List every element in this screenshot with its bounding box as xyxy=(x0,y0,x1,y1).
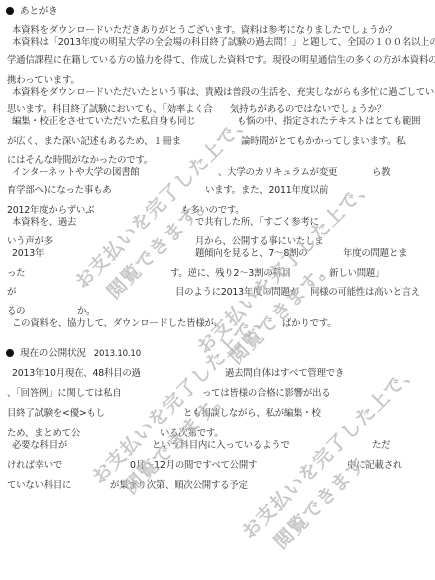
text-line: 本資料は「2013年度の明星大学の全会場の科目終了試験の過去問！」と題して、全国… xyxy=(12,37,435,49)
text-line-fragment: ら教 xyxy=(372,167,390,179)
text-line: 2013年 xyxy=(12,248,44,260)
section-heading-afterword: あとがき xyxy=(6,6,58,18)
text-line: 本資料をダウンロードいただきありがとうございます。資料は参考になりましたでしょう… xyxy=(12,25,397,37)
text-line: が xyxy=(7,287,16,299)
text-line-fragment: 気持ちがあるのではないでしょうか？ xyxy=(230,104,386,116)
text-line: 2013年10月現在、48科目の過 xyxy=(12,368,141,380)
text-line-fragment: で共有した所、「すごく参考に xyxy=(195,217,319,229)
text-line-fragment: 年度の問題とま xyxy=(343,248,407,260)
text-line-fragment: 論時間がとてもかかってしまいます。私 xyxy=(241,136,405,148)
text-line: インターネットや大学の図書館 xyxy=(12,167,140,179)
text-line-fragment: か。 xyxy=(77,306,95,318)
text-line: 編集・校正をさせていただいた私自身も同じ xyxy=(12,116,196,128)
text-line: るの xyxy=(7,306,25,318)
text-line: った xyxy=(7,268,25,280)
text-line-fragment: も悩の中、指定されたテキストはとても範囲 xyxy=(237,116,420,128)
text-line: にはそんな時間がなかったのです。 xyxy=(7,155,153,167)
text-line: 2012年度からずいぶ xyxy=(7,205,94,217)
text-line: 本資料をダウンロードいただいたという事は、貴殿は普段の生活を、充実しながらも多忙… xyxy=(12,87,435,99)
text-line: 本資料を、過去 xyxy=(12,217,76,229)
watermark-text: お支払いを完了した上で、 xyxy=(190,171,379,360)
text-line-fragment: 、大学のカリキュラムが変更 xyxy=(218,167,337,179)
text-line: 必要な科目が xyxy=(12,440,67,452)
heading-text: あとがき xyxy=(20,6,58,17)
text-line: ければ幸いで xyxy=(7,460,62,472)
text-line: 思います。科目終了試験においても、「効率よく合 xyxy=(7,104,213,116)
text-line: 育学部へ)になった事もあ xyxy=(7,185,111,197)
text-line: 、「回答例」に関しては私自 xyxy=(7,388,122,400)
section-heading-status: 現在の公開状況2013.10.10 xyxy=(6,348,141,360)
bullet-icon xyxy=(6,7,14,15)
text-line: が広く、また深い記述もあるため、１冊ま xyxy=(7,136,181,148)
bullet-icon xyxy=(6,349,14,357)
text-line: ため、まとめて公 xyxy=(7,428,80,440)
text-line: この資料を、協力して、ダウンロードした皆様が、 xyxy=(12,318,223,330)
text-line: いう声が多 xyxy=(7,236,53,248)
text-line: 目終了試験を<優>もし xyxy=(7,408,105,420)
text-line-fragment: 同様の可能性は高いと言え xyxy=(310,287,420,299)
text-line: 携わっています。 xyxy=(7,75,80,87)
watermark-text: お支払いを完了した上で、 xyxy=(68,106,257,295)
text-line-fragment: 過去問自体はすべて管理でき xyxy=(225,368,344,380)
text-line: ていない科目に xyxy=(7,480,71,492)
text-line: 学通信課程に在籍している方の協力を得て、作成した資料です。現役の明星通信生の多く… xyxy=(7,55,435,67)
text-line-fragment: います。また、2011年度以前 xyxy=(205,185,328,197)
status-date: 2013.10.10 xyxy=(94,349,141,359)
heading-text: 現在の公開状況 xyxy=(20,348,86,359)
